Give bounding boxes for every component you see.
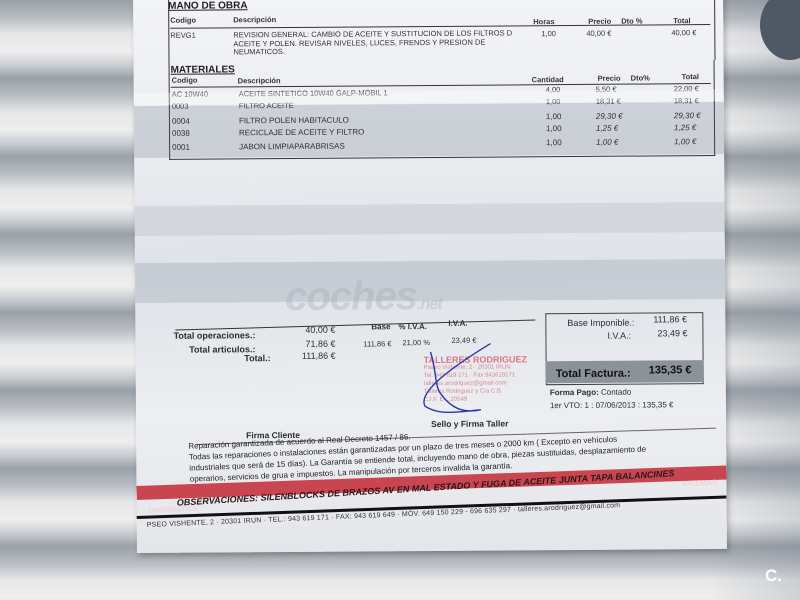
material-total: 18,31 € — [674, 96, 699, 105]
materials-header-price: Precio — [598, 74, 621, 83]
material-quantity: 1,00 — [546, 97, 561, 106]
taxable-base-value: 111,86 € — [653, 314, 687, 324]
material-price: 29,30 € — [596, 112, 623, 121]
material-description: RECICLAJE DE ACEITE Y FILTRO — [239, 127, 364, 137]
watermark: coches.net — [285, 274, 442, 320]
shadow-stripe — [135, 202, 725, 236]
material-code: 0038 — [172, 129, 190, 138]
material-description: ACEITE SINTETICO 10W40 GALP-MOBIL 1 — [239, 88, 388, 98]
total-articles-value: 71,86 € — [285, 339, 335, 349]
vat-base-value: 111,86 € — [363, 339, 391, 348]
vat-value: 23,49 € — [657, 328, 687, 338]
invoice-total-label: Total Factura.: — [556, 368, 631, 381]
vat-header-percent: % I.V.A. — [398, 322, 427, 331]
materials-header-description: Descripción — [238, 76, 281, 85]
summary-rule — [175, 319, 535, 330]
labor-price: 40,00 € — [586, 29, 611, 38]
due-date-line: 1er VTO: 1 : 07/06/2013 : 135,35 € — [550, 400, 674, 410]
vat-header-amount: I.V.A. — [448, 319, 467, 328]
material-total: 22,00 € — [674, 84, 699, 93]
material-description: JABON LIMPIAPARABRISAS — [239, 142, 345, 152]
materials-header-code: Codigo — [172, 76, 198, 85]
vat-label: I.V.A.: — [607, 331, 631, 341]
material-price: 1,00 € — [596, 138, 618, 147]
material-code: 0001 — [172, 143, 190, 152]
labor-section-title: MANO DE OBRA — [168, 0, 248, 12]
total-operations-value: 40,00 € — [285, 325, 335, 335]
material-code: 0004 — [172, 117, 190, 126]
taxable-base-label: Base Imponible.: — [567, 318, 634, 328]
materials-header-discount: Dto% — [631, 73, 650, 82]
total-operations-label: Total operaciones.: — [135, 330, 255, 341]
labor-description-line-3: NEUMATICOS. — [233, 47, 285, 56]
material-total: 1,00 € — [674, 137, 696, 146]
invoice-sheet: MANO DE OBRA Codigo Descripción Horas Pr… — [133, 0, 727, 553]
material-price: 18,31 € — [596, 97, 621, 106]
labor-total: 40,00 € — [671, 28, 696, 37]
total-label: Total.: — [151, 353, 271, 364]
materials-header-total: Total — [682, 72, 699, 81]
labor-header-description: Descripción — [233, 15, 276, 24]
material-description: FILTRO POLEN HABITACULO — [239, 116, 349, 126]
materials-header-quantity: Cantidad — [532, 75, 564, 84]
labor-hours: 1,00 — [541, 29, 556, 38]
labor-code: REVG1 — [170, 31, 195, 40]
material-quantity: 1,00 — [546, 138, 562, 147]
brand-mark: C. — [765, 566, 782, 586]
vat-header-base: Base — [371, 322, 390, 331]
labor-box-right-border — [714, 0, 715, 60]
material-price: 1,25 € — [596, 124, 618, 133]
band-label-materials: MATERIAS — [681, 480, 716, 488]
total-value: 111,86 € — [286, 351, 336, 361]
material-code: AC 10W40 — [172, 90, 208, 99]
material-quantity: 1,00 — [546, 112, 562, 121]
material-price: 5,50 € — [596, 85, 617, 94]
material-code: 0003 — [172, 102, 189, 111]
material-quantity: 4,00 — [546, 85, 561, 94]
payment-method: Forma Pago: Contado — [550, 388, 631, 398]
invoice-total-value: 135,35 € — [649, 364, 692, 376]
material-total: 29,30 € — [674, 111, 701, 120]
signature-scribble — [420, 342, 501, 423]
material-quantity: 1,00 — [546, 124, 562, 133]
material-description: FILTRO ACEITE — [239, 101, 294, 110]
labor-header-code: Codigo — [170, 16, 196, 25]
material-total: 1,25 € — [674, 123, 696, 132]
